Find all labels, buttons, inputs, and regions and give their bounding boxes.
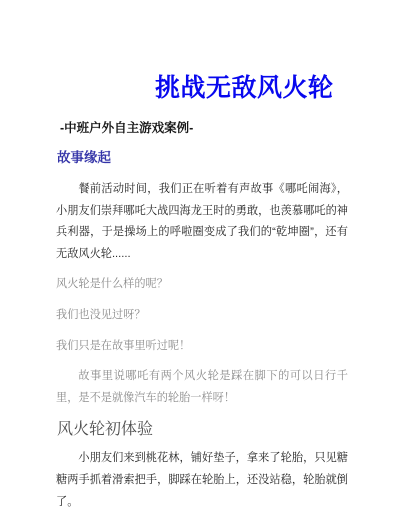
question-line-1: 风火轮是什么样的呢？ — [56, 274, 348, 296]
story-discussion-paragraph: 故事里说哪吒有两个风火轮是踩在脚下的可以日行千里，是不是就像汽车的轮胎一样呀！ — [56, 366, 348, 409]
question-line-2: 我们也没见过呀？ — [56, 305, 348, 327]
question-line-3: 我们只是在故事里听过呢！ — [56, 336, 348, 358]
story-origin-paragraph: 餐前活动时间，我们正在听着有声故事《哪吒闹海》，小朋友们崇拜哪吒大战四海龙王时的… — [56, 179, 348, 265]
first-experience-paragraph: 小朋友们来到桃花林，铺好垫子，拿来了轮胎，只见糖糖两手抓着滑索把手，脚踩在轮胎上… — [56, 448, 348, 510]
section-heading-story-origin: 故事缘起 — [57, 149, 348, 167]
document-subtitle: -中班户外自主游戏案例- — [60, 120, 348, 136]
section-heading-first-experience: 风火轮初体验 — [57, 419, 348, 441]
document-title: 挑战无敌风火轮 — [155, 72, 348, 105]
document-page: 挑战无敌风火轮 -中班户外自主游戏案例- 故事缘起 餐前活动时间，我们正在听着有… — [0, 0, 400, 510]
